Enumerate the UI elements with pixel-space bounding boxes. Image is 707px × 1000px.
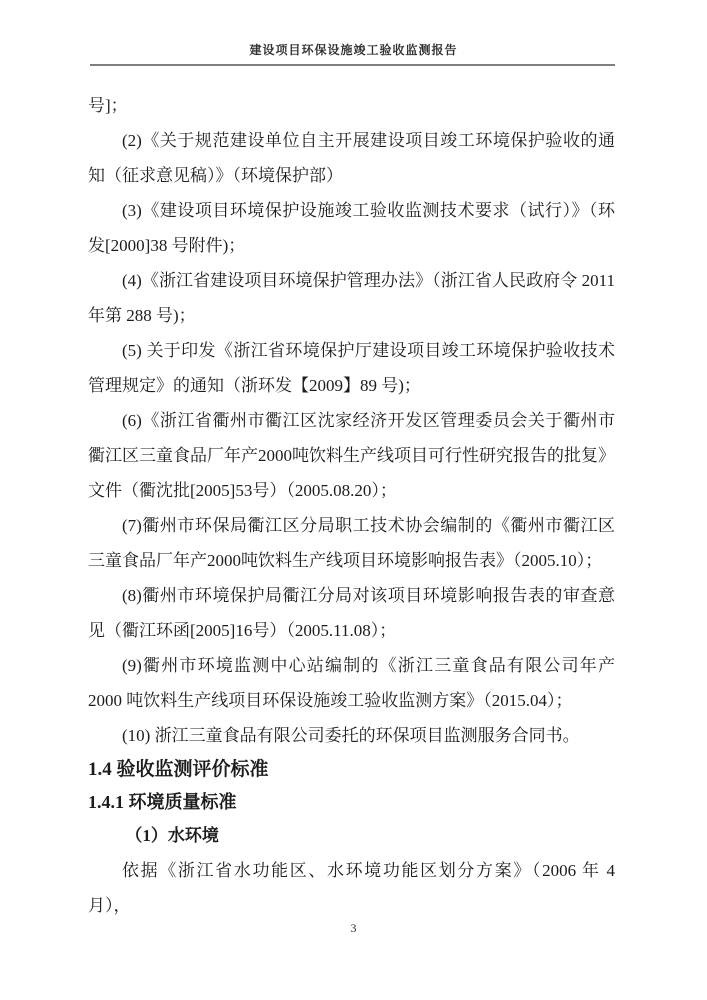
para-basis: 依据《浙江省水功能区、水环境功能区划分方案》（2006 年 4 月），: [88, 853, 615, 923]
document-body: 号]；(2)《关于规范建设单位自主开展建设项目竣工环境保护验收的通知（征求意见稿…: [88, 88, 615, 923]
ref-item-3: (3)《建设项目环境保护设施竣工验收监测技术要求（试行）》（环发[2000]38…: [88, 193, 615, 263]
page-number: 3: [0, 921, 707, 936]
ref-item-8: (8)衢州市环境保护局衢江分局对该项目环境影响报告表的审查意见（衢江环函[200…: [88, 578, 615, 648]
para-continuation: 号]；: [88, 88, 615, 123]
ref-item-6: (6)《浙江省衢州市衢江区沈家经济开发区管理委员会关于衢州市衢江区三童食品厂年产…: [88, 403, 615, 508]
ref-item-5: (5) 关于印发《浙江省环境保护厅建设项目竣工环境保护验收技术管理规定》的通知（…: [88, 333, 615, 403]
ref-item-2: (2)《关于规范建设单位自主开展建设项目竣工环境保护验收的通知（征求意见稿）》（…: [88, 123, 615, 193]
ref-item-4: (4)《浙江省建设项目环境保护管理办法》（浙江省人民政府令 2011 年第 28…: [88, 263, 615, 333]
heading-1-4: 1.4 验收监测评价标准: [88, 753, 615, 786]
heading-water-environment: （1）水环境: [88, 818, 615, 853]
ref-item-9: (9)衢州市环境监测中心站编制的《浙江三童食品有限公司年产 2000 吨饮料生产…: [88, 648, 615, 718]
header-rule: [90, 64, 615, 66]
ref-item-7: (7)衢州市环保局衢江区分局职工技术协会编制的《衢州市衢江区三童食品厂年产200…: [88, 508, 615, 578]
ref-item-10: (10) 浙江三童食品有限公司委托的环保项目监测服务合同书。: [88, 718, 615, 753]
heading-1-4-1: 1.4.1 环境质量标准: [88, 786, 615, 818]
running-header-title: 建设项目环保设施竣工验收监测报告: [0, 41, 707, 58]
document-page: 建设项目环保设施竣工验收监测报告 号]；(2)《关于规范建设单位自主开展建设项目…: [0, 0, 707, 1000]
